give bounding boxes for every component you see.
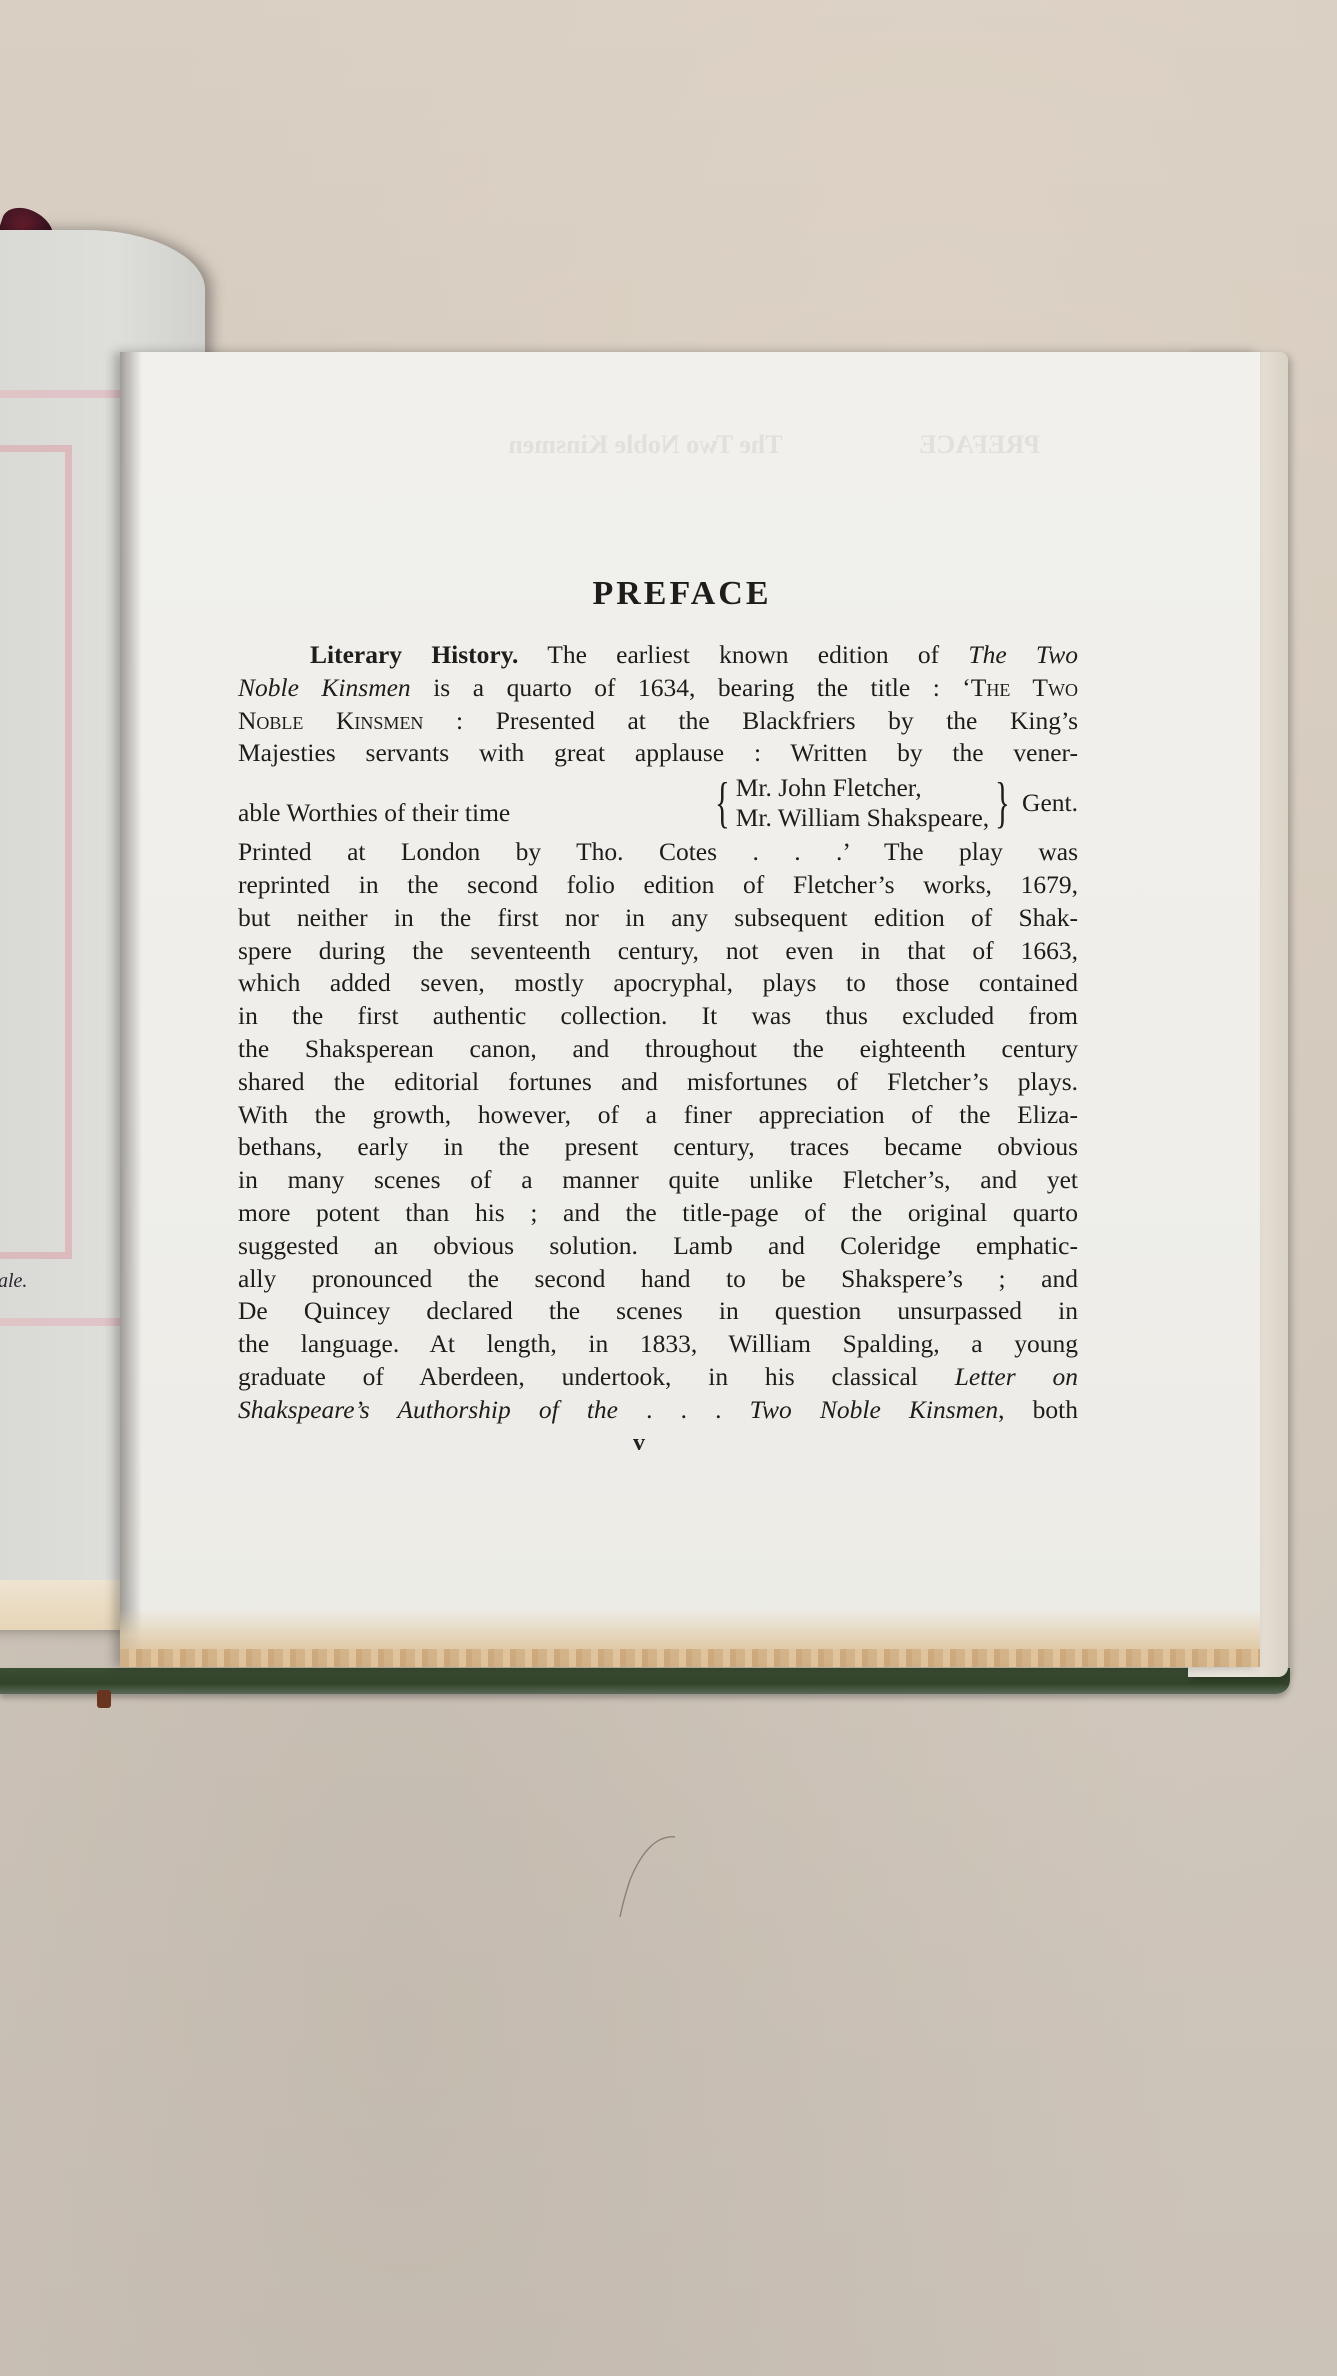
italic-title: Letter on bbox=[955, 1362, 1078, 1391]
italic-title: The Two bbox=[968, 640, 1078, 669]
text-line: suggested an obvious solution. Lamb and … bbox=[238, 1230, 1078, 1263]
text-line: Shakspeare’s Authorship of the . . . Two… bbox=[238, 1394, 1078, 1427]
page-foxing-stain bbox=[120, 1609, 1260, 1667]
text-line: shared the editorial fortunes and misfor… bbox=[238, 1066, 1078, 1099]
text-line: bethans, early in the present century, t… bbox=[238, 1131, 1078, 1164]
preface-paragraph: Literary History. The earliest known edi… bbox=[238, 639, 1078, 1427]
book-cover-green-cloth bbox=[0, 1668, 1290, 1694]
text-line: in the first authentic collection. It wa… bbox=[238, 1000, 1078, 1033]
text-line: which added seven, mostly apocryphal, pl… bbox=[238, 967, 1078, 1000]
section-run-in-heading: Literary History. bbox=[310, 640, 518, 669]
text-line: the Shaksperean canon, and throughout th… bbox=[238, 1033, 1078, 1066]
text-run: is a quarto of 1634, bearing the title :… bbox=[411, 673, 971, 702]
text-line: in many scenes of a manner quite unlike … bbox=[238, 1164, 1078, 1197]
smallcaps-title: The Two bbox=[971, 673, 1078, 702]
bracket-trailing-text: Gent. bbox=[1016, 787, 1078, 820]
page-title: PREFACE bbox=[286, 575, 1078, 613]
text-line: reprinted in the second folio edition of… bbox=[238, 869, 1078, 902]
text-run: graduate of Aberdeen, undertook, in his … bbox=[238, 1362, 918, 1391]
bracket-lead-text: able Worthies of their time bbox=[238, 797, 510, 834]
text-line: With the growth, however, of a finer app… bbox=[238, 1099, 1078, 1132]
text-line: Literary History. The earliest known edi… bbox=[238, 639, 1078, 672]
stray-hair bbox=[600, 1835, 680, 1920]
author-fletcher: Mr. John Fletcher, bbox=[736, 773, 989, 803]
italic-title: Noble Kinsmen bbox=[238, 673, 411, 702]
preface-text-block: PREFACE Literary History. The earliest k… bbox=[238, 575, 1078, 1427]
headband bbox=[97, 1690, 111, 1708]
author-names: Mr. John Fletcher, Mr. William Shakspear… bbox=[736, 773, 989, 833]
show-through-center: The Two Noble Kinsmen bbox=[508, 430, 782, 460]
text-line: Printed at London by Tho. Cotes . . .’ T… bbox=[238, 836, 1078, 869]
left-brace-glyph: { bbox=[715, 775, 730, 831]
text-line: De Quincey declared the scenes in questi… bbox=[238, 1295, 1078, 1328]
text-run: The earliest known edition of bbox=[518, 640, 968, 669]
show-through-left: PREFACE bbox=[919, 430, 1040, 460]
text-line: ally pronounced the second hand to be Sh… bbox=[238, 1263, 1078, 1296]
text-run: : Presented at the Blackfriers by the Ki… bbox=[423, 706, 1078, 735]
text-run: Majesties servants with great applause :… bbox=[238, 738, 1078, 767]
author-shakspeare: Mr. William Shakspeare, bbox=[736, 803, 989, 833]
text-line: graduate of Aberdeen, undertook, in his … bbox=[238, 1361, 1078, 1394]
text-line: Majesties servants with great applause :… bbox=[238, 737, 1078, 770]
right-brace-glyph: } bbox=[995, 775, 1010, 831]
page-number: v bbox=[633, 1430, 645, 1457]
ellipsis: . . . bbox=[618, 1395, 750, 1424]
text-line: more potent than his ; and the title-pag… bbox=[238, 1197, 1078, 1230]
gutter-shadow bbox=[120, 352, 142, 1667]
smallcaps-title: Noble Kinsmen bbox=[238, 706, 423, 735]
facing-page-text-fragment: ale. bbox=[0, 1270, 27, 1293]
text-line: the language. At length, in 1833, Willia… bbox=[238, 1328, 1078, 1361]
text-run: , both bbox=[998, 1395, 1078, 1424]
frontispiece-frame-inner bbox=[0, 445, 72, 1259]
text-line: but neither in the first nor in any subs… bbox=[238, 902, 1078, 935]
text-line: Noble Kinsmen is a quarto of 1634, beari… bbox=[238, 672, 1078, 705]
text-line: Noble Kinsmen : Presented at the Blackfr… bbox=[238, 705, 1078, 738]
authors-brace-group: { Mr. John Fletcher, Mr. William Shakspe… bbox=[709, 773, 1078, 833]
italic-title: Shakspeare’s Authorship of the bbox=[238, 1395, 618, 1424]
show-through-running-head: PREFACE The Two Noble Kinsmen bbox=[160, 430, 1040, 460]
italic-title: Two Noble Kinsmen bbox=[750, 1395, 998, 1424]
text-line: spere during the seventeenth century, no… bbox=[238, 935, 1078, 968]
authors-bracket-line: able Worthies of their time { Mr. John F… bbox=[238, 772, 1078, 834]
